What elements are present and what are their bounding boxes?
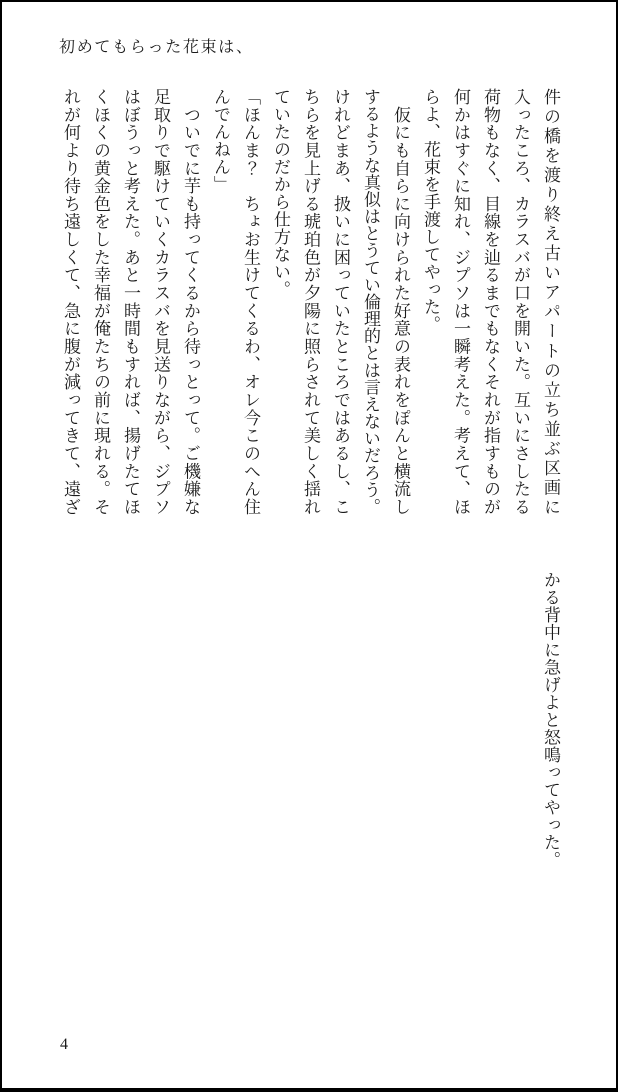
text-line: 入ったころ、カラスバが口を開いた。互いにさしたる — [505, 88, 535, 515]
text-line: 件の橋を渡り終え古いアパートの立ち並ぶ区画に — [535, 88, 565, 515]
text-line: 何かはすぐに知れ、ジプソは一瞬考えた。考えて、ほ — [445, 88, 475, 515]
text-line: くほくの黄金色をした幸福が俺たちの前に現れる。そ — [85, 88, 115, 515]
text-line: 足取りで駆けていくカラスバを見送りながら、ジプソ — [145, 88, 175, 515]
text-line: かる背中に急げよと怒鳴ってやった。 — [535, 571, 565, 881]
text-line: 荷物もなく、目線を辿るまでもなくそれが指すものが — [475, 88, 505, 515]
text-line: 仮にも自らに向けられた好意の表れをぽんと横流し — [385, 88, 415, 515]
text-line: んでんねん」 — [205, 88, 235, 515]
text-line: ちらを見上げる琥珀色が夕陽に照らされて美しく揺れ — [295, 88, 325, 515]
text-line: はぼうっと考えた。あと一時間もすれば、揚げたてほ — [115, 88, 145, 515]
text-line: するような真似はとうてい倫理的とは言えないだろう。 — [355, 88, 385, 515]
text-line: ついでに芋も持ってくるから待っとって。ご機嫌な — [175, 88, 205, 515]
text-line: らよ、花束を手渡してやった。 — [415, 88, 445, 515]
book-page: 初めてもらった花束は、 件の橋を渡り終え古いアパートの立ち並ぶ区画に 入ったころ… — [0, 0, 618, 1092]
text-line: れが何より待ち遠しくて、急に腹が減ってきて、遠ざ — [55, 88, 85, 515]
text-line: ていたのだから仕方ない。 — [265, 88, 295, 515]
text-line: 「ほんま？ ちょお生けてくるわ、オレ今このへん住 — [235, 88, 265, 515]
page-number: 4 — [60, 1036, 68, 1054]
text-band-upper: 件の橋を渡り終え古いアパートの立ち並ぶ区画に 入ったころ、カラスバが口を開いた。… — [55, 88, 565, 515]
text-band-lower: かる背中に急げよと怒鳴ってやった。 — [535, 571, 565, 881]
text-line: けれどまあ、扱いに困っていたところではあるし、こ — [325, 88, 355, 515]
running-header: 初めてもらった花束は、 — [59, 34, 254, 57]
